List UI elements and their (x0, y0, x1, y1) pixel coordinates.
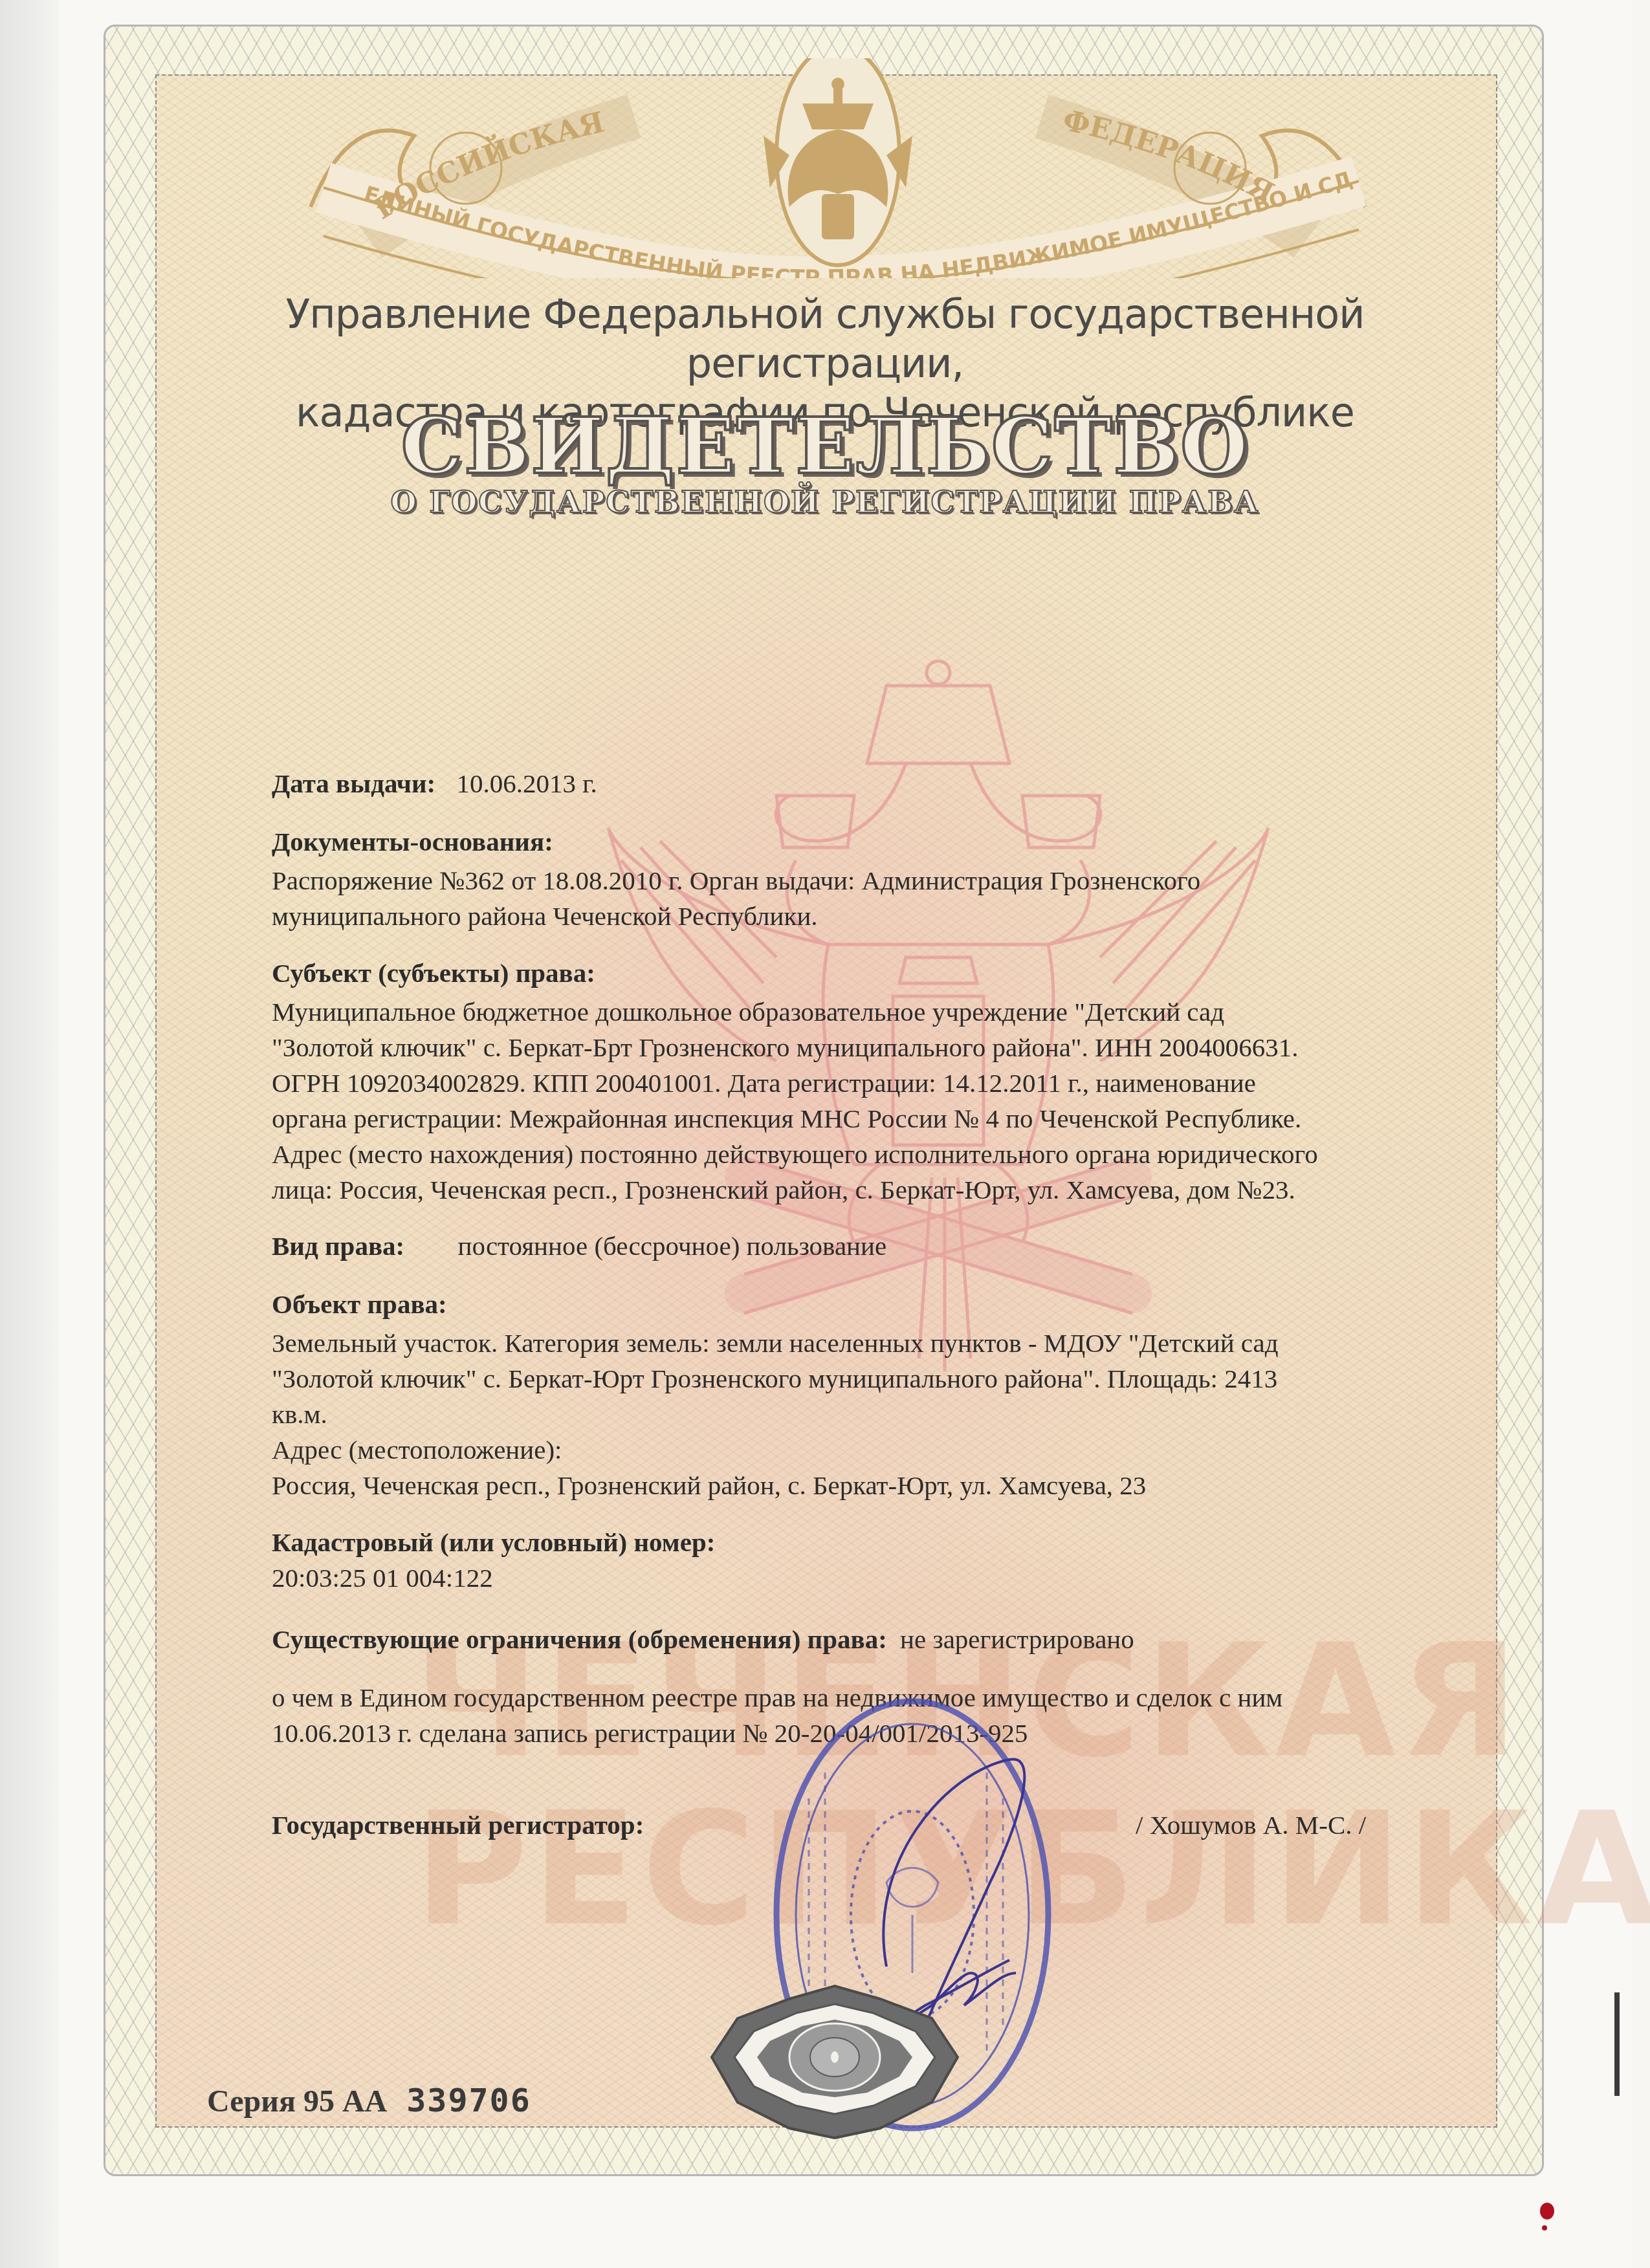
basis-line: Распоряжение №362 от 18.08.2010 г. Орган… (272, 864, 1200, 897)
subject-line: Муниципальное бюджетное дошкольное образ… (272, 995, 1224, 1029)
document-subtitle: О ГОСУДАРСТВЕННОЙ РЕГИСТРАЦИИ ПРАВА (194, 484, 1456, 520)
subject-label: Субъект (субъекты) права: (272, 956, 595, 990)
subject-line: органа регистрации: Межрайонная инспекци… (272, 1102, 1301, 1135)
subject-line: лица: Россия, Чеченская респ., Грозненск… (272, 1173, 1295, 1206)
scanner-edge (0, 0, 60, 2268)
scan-mark (1614, 1992, 1620, 2096)
cadastral-label: Кадастровый (или условный) номер: (272, 1525, 715, 1559)
ink-blot (1540, 2203, 1554, 2219)
subject-line: "Золотой ключик" с. Беркат-Брт Грозненск… (272, 1030, 1298, 1064)
right-type-label: Вид права: (272, 1231, 404, 1261)
basis-line: муниципального района Чеченской Республи… (272, 899, 818, 933)
series-label: Серия 95 АА (207, 2084, 387, 2119)
guilloche-rosette-icon (699, 1973, 971, 2141)
encumbrance-row: Существующие ограничения (обременения) п… (272, 1622, 1134, 1656)
right-type-row: Вид права: постоянное (бессрочное) польз… (272, 1229, 886, 1263)
object-address: Россия, Чеченская респ., Грозненский рай… (272, 1468, 1146, 1502)
subject-line: ОГРН 1092034002829. КПП 200401001. Дата … (272, 1066, 1256, 1100)
basis-label: Документы-основания: (272, 825, 553, 858)
object-line: Земельный участок. Категория земель: зем… (272, 1326, 1279, 1360)
object-address-label: Адрес (местоположение): (272, 1433, 562, 1467)
encumbrance-label: Существующие ограничения (обременения) п… (272, 1624, 887, 1654)
issue-date-value: 10.06.2013 г. (456, 769, 597, 798)
security-rosette (699, 1973, 971, 2141)
registrar-label: Государственный регистратор: (272, 1808, 644, 1842)
object-line: "Золотой ключик" с. Беркат-Юрт Грозненск… (272, 1362, 1277, 1395)
subject-line: Адрес (место нахождения) постоянно дейст… (272, 1137, 1318, 1171)
ink-blot (1542, 2225, 1547, 2230)
object-line: кв.м. (272, 1397, 327, 1431)
registrar-name: / Хошумов А. М-С. / (1136, 1808, 1366, 1842)
cadastral-number: 20:03:25 01 004:122 (272, 1561, 493, 1595)
right-type-value: постоянное (бессрочное) пользование (457, 1231, 886, 1261)
encumbrance-value: не зарегистрировано (900, 1624, 1134, 1654)
serial-number: 339706 (406, 2082, 531, 2119)
issue-date-label: Дата выдачи: (272, 769, 435, 798)
object-label: Объект права: (272, 1287, 447, 1321)
issue-date-row: Дата выдачи: 10.06.2013 г. (272, 767, 597, 800)
series-number: Серия 95 АА 339706 (207, 2082, 531, 2119)
coat-of-arms-ribbon-icon: РОССИЙСКАЯ ФЕДЕРАЦИЯ ЕДИНЫЙ ГОСУДАРСТВЕН… (272, 58, 1404, 278)
header-ribbon: РОССИЙСКАЯ ФЕДЕРАЦИЯ ЕДИНЫЙ ГОСУДАРСТВЕН… (272, 58, 1404, 278)
document-title: СВИДЕТЕЛЬСТВО (194, 404, 1456, 488)
